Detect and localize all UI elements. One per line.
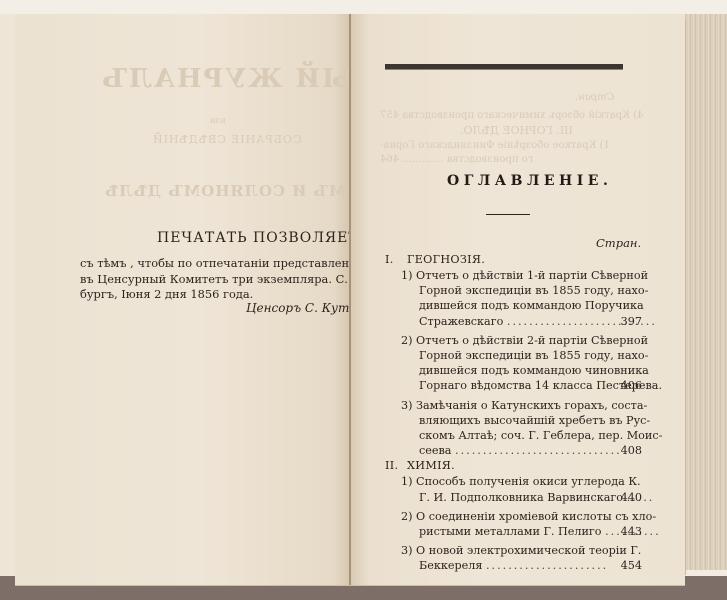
- entry-line: Беккереля: [419, 559, 482, 572]
- entry-line: Г. И. Подполковника Варвинскаго: [419, 491, 623, 504]
- entry-line: Горной экспедицiи въ 1855 году, нахо-: [401, 283, 630, 298]
- leader-dots: ..............................: [455, 444, 622, 457]
- entry-line: Стражевскаго: [419, 315, 503, 328]
- section-title: ГЕОГНОЗIЯ.: [407, 253, 485, 266]
- leader-dots: ......................: [486, 559, 608, 572]
- entry-line: дившейся подъ коммандою Поручика: [401, 298, 630, 313]
- page-number: 397: [621, 314, 642, 329]
- entry-line: О новой электрохимической теорiи Г.: [416, 544, 641, 557]
- section-number: I.: [385, 252, 407, 268]
- toc-entry[interactable]: 3) О новой электрохимической теорiи Г. Б…: [385, 543, 630, 573]
- page-number: 443: [621, 524, 642, 539]
- bleed-through-line: го производства ............. 464: [380, 154, 533, 165]
- entry-line: скомъ Алтаѣ; соч. Г. Геблера, пер. Моис-: [401, 428, 630, 443]
- entry-line: Замѣчанiя о Катунскихъ горахъ, соста-: [416, 399, 647, 412]
- toc-entry[interactable]: 1) Отчетъ о дѣйствiи 1-й партiи Сѣверной…: [385, 268, 630, 329]
- entry-number: 1): [401, 269, 412, 282]
- entry-line: Способъ полученiя окиси углерода К.: [416, 475, 641, 488]
- toc-entry[interactable]: 2) О соединенiи хромiевой кислоты съ хло…: [385, 509, 630, 539]
- page-column-label: Стран.: [596, 236, 641, 250]
- title-rule: [486, 214, 530, 215]
- page-number: 440: [621, 490, 642, 505]
- entry-line: Отчетъ о дѣйствiи 2-й партiи Сѣверной: [416, 334, 648, 347]
- section-title: ХИМIЯ.: [407, 459, 455, 472]
- toc-entry[interactable]: 3) Замѣчанiя о Катунскихъ горахъ, соста-…: [385, 398, 630, 459]
- page-number: 454: [621, 558, 642, 573]
- toc-section: II.ХИМIЯ.: [385, 458, 630, 474]
- censor-line: въ Ценсурный Комитетъ три экземпляра. С.…: [80, 272, 352, 288]
- book-gutter: [349, 14, 351, 585]
- right-page-edges: [682, 14, 727, 570]
- table-of-contents: I.ГЕОГНОЗIЯ. 1) Отчетъ о дѣйствiи 1-й па…: [385, 252, 630, 574]
- entry-number: 3): [401, 399, 412, 412]
- header-rule: [385, 64, 623, 70]
- entry-line: Горной экспедицiи въ 1855 году, нахо-: [401, 348, 630, 363]
- censor-text: съ тѣмъ , чтобы по отпечатанiи представл…: [80, 256, 352, 303]
- page-number: 408: [621, 443, 642, 458]
- bleed-through-line: III. ГОРНОЕ ДѢЛО.: [460, 124, 573, 137]
- bleed-through-line: 1) Краткое обозрѣнiе Финляндскаго Горна-: [380, 140, 610, 151]
- section-number: II.: [385, 458, 407, 474]
- entry-line: сеева: [419, 444, 451, 457]
- toc-entry[interactable]: 2) Отчетъ о дѣйствiи 2-й партiи Сѣверной…: [385, 333, 630, 394]
- entry-line: О соединенiи хромiевой кислоты съ хло-: [416, 510, 656, 523]
- entry-number: 2): [401, 510, 412, 523]
- entry-line: дившейся подъ коммандою чиновника: [401, 363, 630, 378]
- entry-line: вляющихъ высочайшiй хребетъ въ Рус-: [401, 413, 630, 428]
- toc-title: ОГЛАВЛЕНIЕ.: [447, 173, 612, 189]
- censor-line: съ тѣмъ , чтобы по отпечатанiи представл…: [80, 256, 352, 272]
- entry-line: Отчетъ о дѣйствiи 1-й партiи Сѣверной: [416, 269, 648, 282]
- entry-number: 2): [401, 334, 412, 347]
- entry-line: ристыми металлами Г. Пелиго: [419, 525, 602, 538]
- bleed-through-page-label: Стран.: [575, 92, 614, 103]
- entry-number: 1): [401, 475, 412, 488]
- bleed-through-line: 4) Краткiй обзоръ химическаго производст…: [380, 110, 643, 121]
- bleed-through-subtitle: или: [210, 116, 226, 125]
- toc-entry[interactable]: 1) Способъ полученiя окиси углерода К. Г…: [385, 474, 630, 504]
- bleed-through-subtitle: СОБРАНIЕ СВѢДѢНIЙ: [152, 133, 301, 146]
- entry-number: 3): [401, 544, 412, 557]
- page-number: 406: [621, 378, 642, 393]
- toc-section: I.ГЕОГНОЗIЯ.: [385, 252, 630, 268]
